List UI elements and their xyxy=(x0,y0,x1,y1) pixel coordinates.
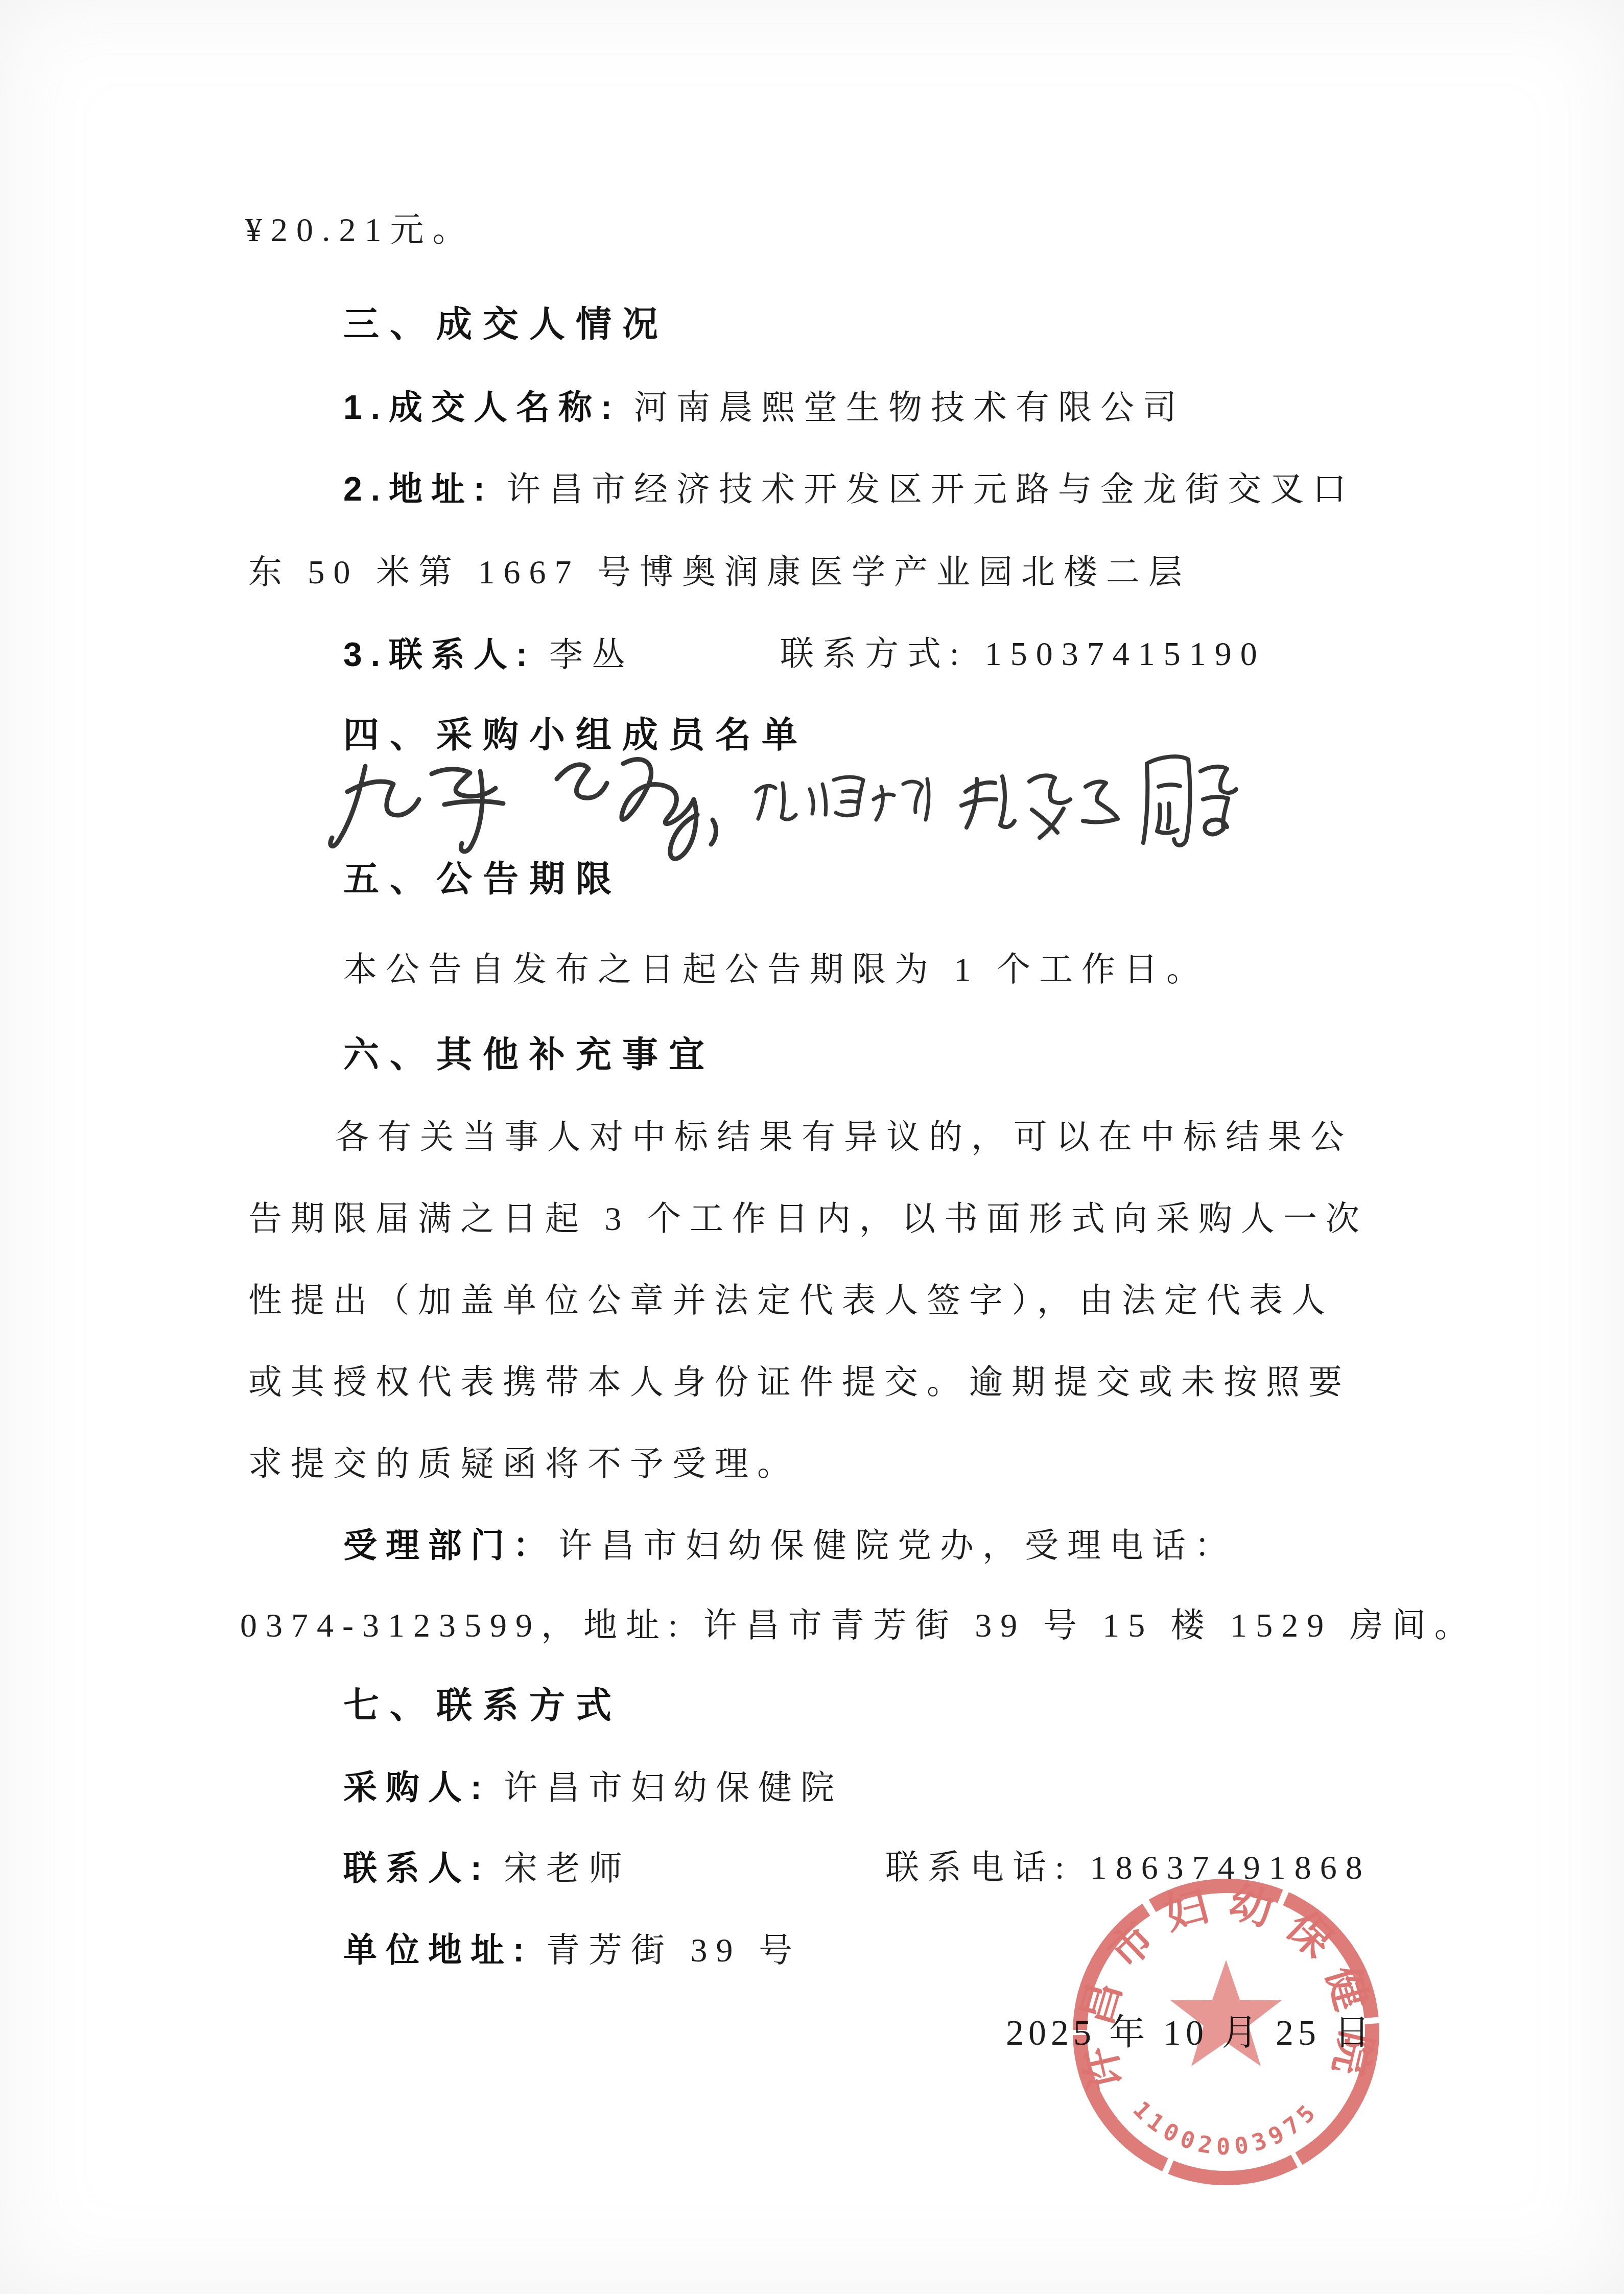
seal-number-text: 4110020039759 xyxy=(0,0,1324,2160)
seal-star-icon xyxy=(1170,1960,1282,2066)
official-seal: 许昌市妇幼保健院 4110020039759 xyxy=(0,0,1624,2294)
document-page: ¥20.21元。 三、成交人情况 1.成交人名称:河南晨熙堂生物技术有限公司 2… xyxy=(0,0,1624,2294)
